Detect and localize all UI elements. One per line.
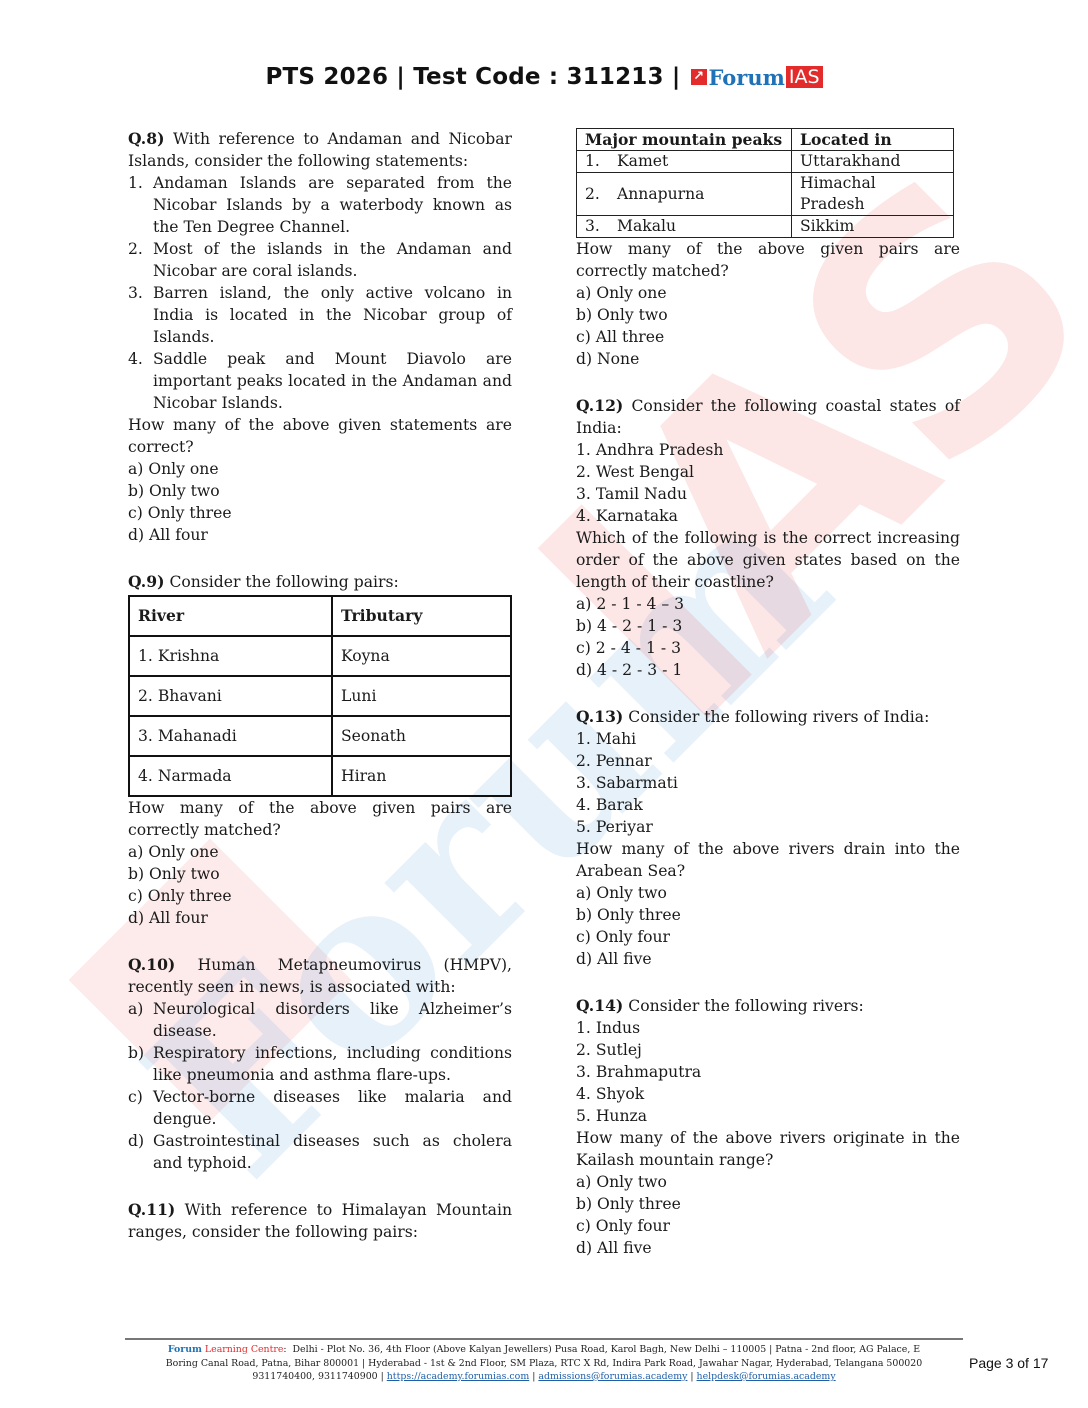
- footer-address-2: Boring Canal Road, Patna, Bihar 800001 |…: [125, 1357, 963, 1371]
- option-b: b) Only two: [576, 304, 960, 326]
- statement: 4.Saddle peak and Mount Diavolo are impo…: [128, 348, 512, 414]
- river-tributary-table: River Tributary 1. KrishnaKoyna 2. Bhava…: [128, 595, 512, 797]
- table-row: 3.MakaluSikkim: [577, 216, 954, 238]
- question-stem: Human Metapneumovirus (HMPV), recently s…: [128, 956, 512, 996]
- option-d: d)Gastrointestinal diseases such as chol…: [128, 1130, 512, 1174]
- footer-divider: [125, 1338, 963, 1340]
- option-c: c) Only four: [576, 1215, 960, 1237]
- question-prompt: How many of the above given pairs are co…: [576, 238, 960, 282]
- logo-ias-text: IAS: [786, 66, 823, 88]
- table-header-row: Major mountain peaks Located in: [577, 129, 954, 151]
- question-number: Q.9): [128, 572, 164, 591]
- question-number: Q.10): [128, 955, 175, 974]
- table-row: 4. NarmadaHiran: [129, 756, 511, 796]
- footer-forum-brand: Forum: [168, 1344, 202, 1355]
- list-item: 4. Karnataka: [576, 505, 960, 527]
- option-d: d) All four: [128, 524, 512, 546]
- list-item: 1. Andhra Pradesh: [576, 439, 960, 461]
- question-number: Q.14): [576, 996, 623, 1015]
- list-item: 5. Periyar: [576, 816, 960, 838]
- question-prompt: How many of the above rivers originate i…: [576, 1127, 960, 1171]
- question-prompt: How many of the above given pairs are co…: [128, 797, 512, 841]
- list-item: 2. Sutlej: [576, 1039, 960, 1061]
- footer-address-1: Delhi - Plot No. 36, 4th Floor (Above Ka…: [293, 1344, 921, 1355]
- option-c: c) All three: [576, 326, 960, 348]
- question-9: Q.9) Consider the following pairs: River…: [128, 571, 512, 929]
- list-item: 3. Sabarmati: [576, 772, 960, 794]
- left-column: Q.8) With reference to Andaman and Nicob…: [128, 128, 512, 1265]
- question-stem: Consider the following pairs:: [169, 573, 398, 591]
- table-header-row: River Tributary: [129, 596, 511, 636]
- option-d: d) All five: [576, 948, 960, 970]
- list-item: 1. Mahi: [576, 728, 960, 750]
- question-prompt: How many of the above given statements a…: [128, 414, 512, 458]
- option-c: c) Only three: [128, 885, 512, 907]
- test-title: PTS 2026 | Test Code : 311213 |: [265, 64, 680, 90]
- question-stem: Consider the following coastal states of…: [576, 397, 960, 437]
- option-b: b) Only two: [128, 863, 512, 885]
- option-a: a) Only two: [576, 1171, 960, 1193]
- option-c: c) Only three: [128, 502, 512, 524]
- question-11-continued: Major mountain peaks Located in 1.KametU…: [576, 128, 960, 370]
- arrow-up-right-icon: ↗: [691, 69, 707, 85]
- option-b: b) 4 - 2 - 1 - 3: [576, 615, 960, 637]
- list-item: 3. Brahmaputra: [576, 1061, 960, 1083]
- question-13: Q.13) Consider the following rivers of I…: [576, 706, 960, 970]
- question-stem: With reference to Himalayan Mountain ran…: [128, 1201, 512, 1241]
- page-number: Page 3 of 17: [969, 1355, 1048, 1371]
- page-footer: Forum Learning Centre: Delhi - Plot No. …: [125, 1343, 963, 1384]
- footer-phones: 9311740400, 9311740900 |: [252, 1371, 383, 1382]
- option-a: a) Only one: [128, 458, 512, 480]
- option-a: a) Only two: [576, 882, 960, 904]
- footer-learning-centre: Learning Centre: [205, 1344, 283, 1355]
- document-page: Forum IAS PTS 2026 | Test Code : 311213 …: [0, 0, 1088, 1408]
- list-item: 2. West Bengal: [576, 461, 960, 483]
- question-stem: Consider the following rivers:: [628, 997, 864, 1015]
- option-a: a) Only one: [576, 282, 960, 304]
- option-b: b) Only two: [128, 480, 512, 502]
- mountain-peaks-table: Major mountain peaks Located in 1.KametU…: [576, 128, 954, 238]
- option-d: d) 4 - 2 - 3 - 1: [576, 659, 960, 681]
- question-8: Q.8) With reference to Andaman and Nicob…: [128, 128, 512, 546]
- statement: 2.Most of the islands in the Andaman and…: [128, 238, 512, 282]
- page-header: PTS 2026 | Test Code : 311213 | ↗ Forum …: [0, 64, 1088, 90]
- option-c: c)Vector-borne diseases like malaria and…: [128, 1086, 512, 1130]
- option-c: c) 2 - 4 - 1 - 3: [576, 637, 960, 659]
- option-a: a) 2 - 1 - 4 – 3: [576, 593, 960, 615]
- question-number: Q.8): [128, 129, 164, 148]
- statement: 3.Barren island, the only active volcano…: [128, 282, 512, 348]
- option-b: b)Respiratory infections, including cond…: [128, 1042, 512, 1086]
- question-11-stem: Q.11) With reference to Himalayan Mounta…: [128, 1199, 512, 1243]
- question-number: Q.12): [576, 396, 623, 415]
- question-stem: With reference to Andaman and Nicobar Is…: [128, 130, 512, 170]
- admissions-email-link[interactable]: admissions@forumias.academy: [538, 1371, 687, 1382]
- option-a: a)Neurological disorders like Alzheimer’…: [128, 998, 512, 1042]
- list-item: 3. Tamil Nadu: [576, 483, 960, 505]
- option-a: a) Only one: [128, 841, 512, 863]
- question-prompt: How many of the above rivers drain into …: [576, 838, 960, 882]
- table-row: 2.AnnapurnaHimachal Pradesh: [577, 173, 954, 216]
- list-item: 4. Barak: [576, 794, 960, 816]
- question-number: Q.13): [576, 707, 623, 726]
- list-item: 2. Pennar: [576, 750, 960, 772]
- list-item: 5. Hunza: [576, 1105, 960, 1127]
- question-10: Q.10) Human Metapneumovirus (HMPV), rece…: [128, 954, 512, 1174]
- table-row: 3. MahanadiSeonath: [129, 716, 511, 756]
- logo-forum-text: Forum: [709, 65, 785, 90]
- option-d: d) All four: [128, 907, 512, 929]
- question-number: Q.11): [128, 1200, 175, 1219]
- table-row: 1. KrishnaKoyna: [129, 636, 511, 676]
- website-link[interactable]: https://academy.forumias.com: [387, 1371, 529, 1382]
- list-item: 1. Indus: [576, 1017, 960, 1039]
- statement: 1.Andaman Islands are separated from the…: [128, 172, 512, 238]
- option-d: d) None: [576, 348, 960, 370]
- question-14: Q.14) Consider the following rivers: 1. …: [576, 995, 960, 1259]
- list-item: 4. Shyok: [576, 1083, 960, 1105]
- question-12: Q.12) Consider the following coastal sta…: [576, 395, 960, 681]
- option-b: b) Only three: [576, 1193, 960, 1215]
- table-row: 2. BhavaniLuni: [129, 676, 511, 716]
- option-d: d) All five: [576, 1237, 960, 1259]
- table-row: 1.KametUttarakhand: [577, 151, 954, 173]
- option-b: b) Only three: [576, 904, 960, 926]
- option-c: c) Only four: [576, 926, 960, 948]
- helpdesk-email-link[interactable]: helpdesk@forumias.academy: [697, 1371, 836, 1382]
- question-stem: Consider the following rivers of India:: [628, 708, 929, 726]
- forumias-logo: ↗ Forum IAS: [691, 65, 823, 89]
- right-column: Major mountain peaks Located in 1.KametU…: [576, 128, 960, 1281]
- question-prompt: Which of the following is the correct in…: [576, 527, 960, 593]
